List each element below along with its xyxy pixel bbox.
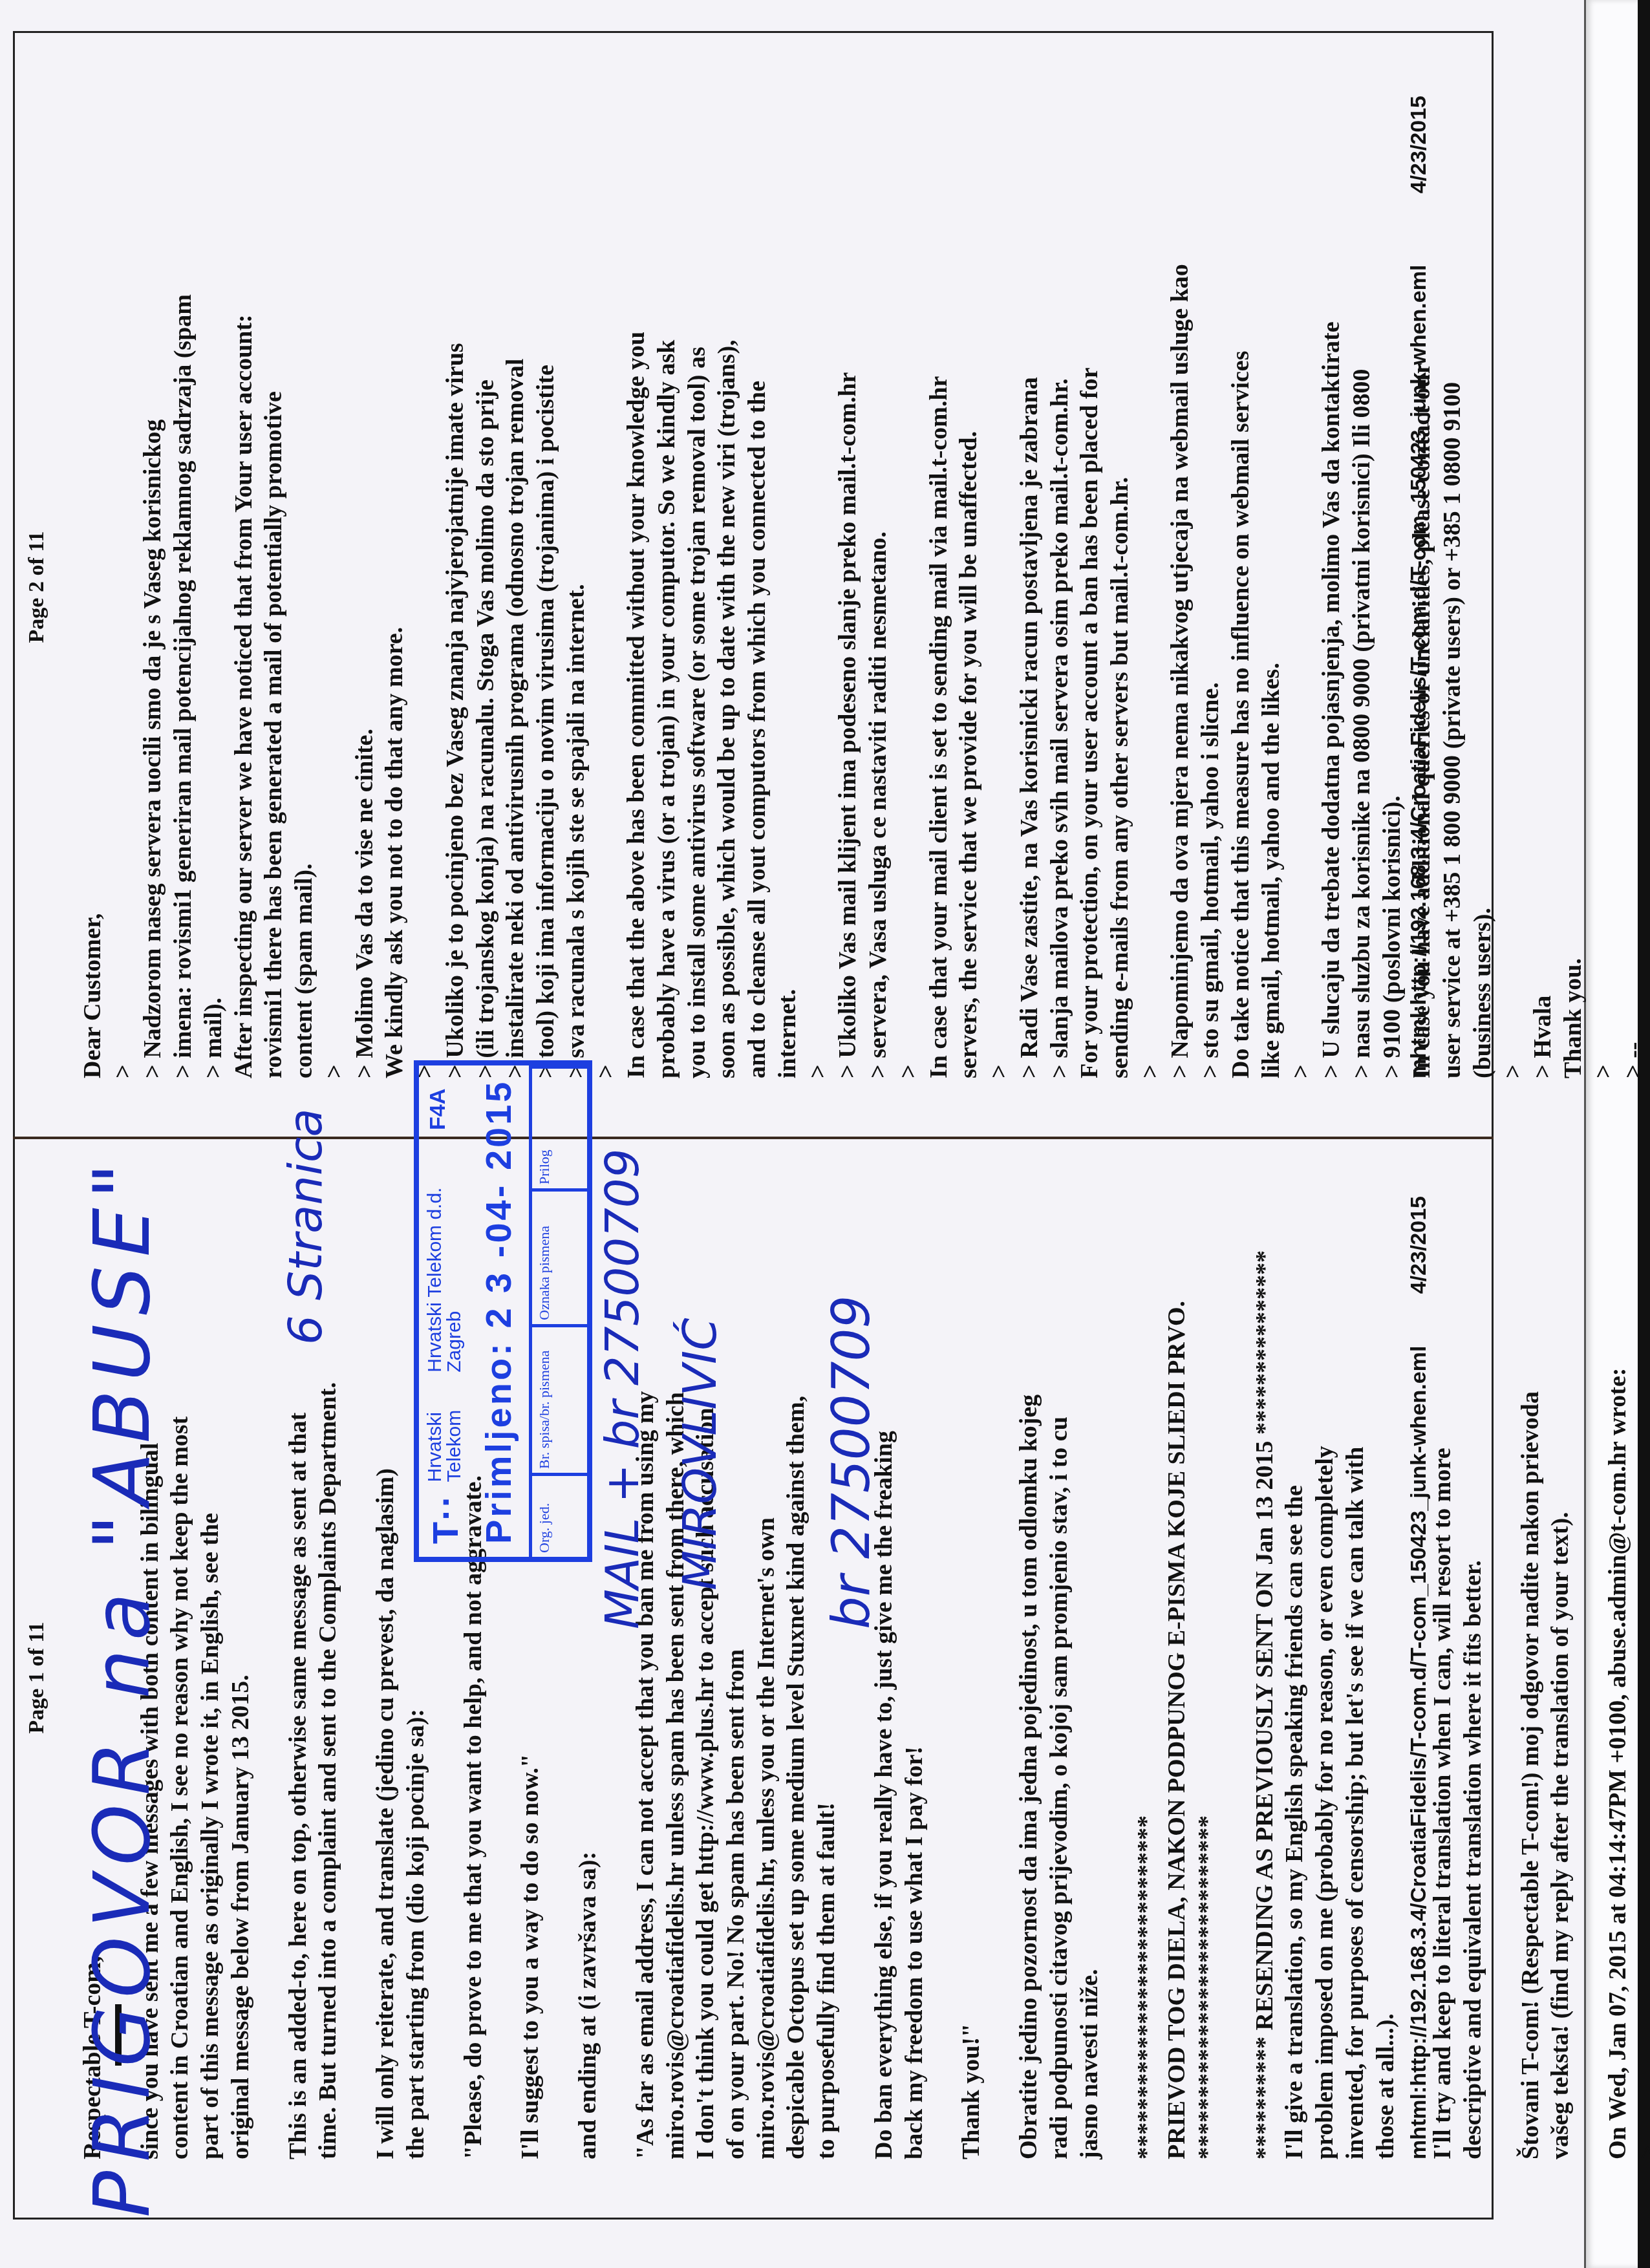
text-line: > <box>1498 89 1528 1078</box>
text-line: Thank you. <box>1558 89 1589 1078</box>
text-line: > sto su gmail, hotmail, yahoo i slicne. <box>1195 89 1226 1078</box>
stamp-received-label: Primljeno: <box>478 1341 519 1544</box>
text-line: On Wed, Jan 07, 2015 at 04:14:47PM +0100… <box>1603 1190 1633 2159</box>
text-line: > tool) koji ima informaciju o novim vir… <box>531 89 561 1078</box>
text-line: > Ukoliko Vas mail klijent ima podeseno … <box>833 89 863 1078</box>
text-line: I will only reiterate, and translate (je… <box>370 1190 401 2159</box>
text-line: > (ili trojanskog konja) na racunalu. St… <box>471 89 501 1078</box>
text-line: Štovani T-com! (Respectable T-com!) moj … <box>1516 1190 1546 2159</box>
text-line: Obratite jedino pozornost da ima jedna p… <box>1014 1190 1044 2159</box>
footer-date: 4/23/2015 <box>1406 96 1431 193</box>
page-footer: mhtml:http://192.168.3.4/CroatiaFidelis/… <box>1406 96 1431 1078</box>
text-line: > slanja mailova preko svih mail servera… <box>1045 89 1075 1078</box>
text-line: > Ukoliko je to pocinjeno bez Vaseg znan… <box>440 89 471 1078</box>
handwritten-page-count: 6 Stranica <box>278 1108 332 1345</box>
text-line: > Napominjemo da ova mjera nema nikakvog… <box>1165 89 1195 1078</box>
text-line: part of this message as originally I wro… <box>195 1190 226 2159</box>
text-line: Dear Customer, <box>78 89 108 1078</box>
text-line: > <box>1286 89 1316 1078</box>
text-line: despicable Octopus set up some medium le… <box>781 1190 811 2159</box>
stamp-table: Org. jed. Br. spisa/br. pismena Oznaka p… <box>529 1065 590 1557</box>
text-line: soon as possible, which would be up to d… <box>712 89 742 1078</box>
text-line: > sva racunala s kojih ste se spajali na… <box>561 89 592 1078</box>
text-line: > <box>803 89 833 1078</box>
text-line: content (spam mail). <box>289 89 319 1078</box>
text-line: miro.rovis@croatiafidelis.hr, unless you… <box>751 1190 782 2159</box>
handwritten-note-1: MAIL + br 27500709 <box>595 1149 649 1629</box>
text-line: Do take notice that this measure has no … <box>1226 89 1256 1078</box>
stamp-city: Zagreb <box>445 1188 464 1373</box>
text-line: original message below from January 13 2… <box>226 1190 256 2159</box>
text-line: ********** RESENDING AS PREVIOUSLY SENT … <box>1250 1190 1280 2159</box>
footer-path: mhtml:http://192.168.3.4/CroatiaFidelis/… <box>1406 1346 1431 2159</box>
registration-stamp: T·· Hrvatski Telekom Hrvatski Telekom d.… <box>414 1060 592 1562</box>
text-line: In case that the above has been committe… <box>621 89 652 1078</box>
paragraph: ********** RESENDING AS PREVIOUSLY SENT … <box>1250 1190 1401 2159</box>
text-line: > imena: rovismi1 generiran mail potenci… <box>168 89 198 1078</box>
text-line: > <box>1589 89 1619 1078</box>
text-line: jasno navesti niže. <box>1075 1190 1105 2159</box>
text-line: > Radi Vase zastite, na Vas korisnicki r… <box>1014 89 1045 1078</box>
text-line: > <box>319 89 350 1078</box>
text-line: > <box>1633 1190 1650 2159</box>
stamp-brand-line1: Hrvatski <box>425 1410 445 1482</box>
text-line: > Hvala <box>1528 89 1558 1078</box>
page-2: Page 2 of 11 Dear Customer,>> Nadzorom n… <box>13 37 1494 1137</box>
text-line: internet. <box>773 89 803 1078</box>
text-line: > <box>591 89 621 1078</box>
text-line: vašeg teksta! (find my reply after the t… <box>1545 1190 1576 2159</box>
text-line: rovismi1 there has been generated a mail… <box>259 89 289 1078</box>
text-line: descriptive and equivalent translation w… <box>1458 1190 1488 2159</box>
handwritten-note-3: br 27500709 <box>821 1296 881 1629</box>
text-line: Thank you!" <box>956 1190 987 2159</box>
page-footer: mhtml:http://192.168.3.4/CroatiaFidelis/… <box>1406 1196 1431 2159</box>
text-line: those at all...). <box>1371 1190 1401 2159</box>
paragraph: On Wed, Jan 07, 2015 at 04:14:47PM +0100… <box>1603 1190 1650 2159</box>
footer-path: mhtml:http://192.168.3.4/CroatiaFidelis/… <box>1406 265 1431 1078</box>
paragraph: ****************************PRIEVOD TOG … <box>1131 1190 1222 2159</box>
text-line: problem imposed on me (probably for no r… <box>1310 1190 1340 2159</box>
text-line: servers, the service that we provide for… <box>954 89 984 1078</box>
text-line: > Nadzorom naseg servera uocili smo da j… <box>138 89 168 1078</box>
text-line: We kindly ask you not to do that any mor… <box>380 89 410 1078</box>
text-line: content in Croatian and English, I see n… <box>165 1190 195 2159</box>
handwritten-title: PRIGOVOR na "ABUSE" <box>78 1154 167 2218</box>
text-line: radi podpunosti citavog prijevodim, o ko… <box>1044 1190 1075 2159</box>
text-line: > 9100 (poslovni korisnici). <box>1377 89 1408 1078</box>
text-line: > <box>108 89 138 1078</box>
text-line: back my freedom to use what I pay for! <box>899 1190 930 2159</box>
page-header: Page 2 of 11 <box>25 37 49 1137</box>
paragraph: "As far as email address, I can not acce… <box>630 1190 842 2159</box>
text-line: user service at +385 1 800 9000 (private… <box>1437 89 1468 1078</box>
text-line: In case that your mail client is set to … <box>924 89 954 1078</box>
stamp-received-date: Primljeno: 2 3 -04- 2015 <box>477 1079 519 1544</box>
text-line: I'll give a translation, so my English s… <box>1280 1190 1310 2159</box>
stamp-date-value: 2 3 -04- 2015 <box>478 1079 519 1328</box>
text-line: I'll try and keep to literal translation… <box>1428 1190 1458 2159</box>
footer-date: 4/23/2015 <box>1406 1196 1431 1294</box>
text-line: For your protection, on your user accoun… <box>1075 89 1105 1078</box>
stamp-code: F4A <box>425 1089 451 1130</box>
paragraph: Obratite jedino pozornost da ima jedna p… <box>1014 1190 1104 2159</box>
text-line: sending e-mails from any other servers b… <box>1105 89 1135 1078</box>
text-line: > Molimo Vas da to vise ne cinite. <box>350 89 380 1078</box>
text-line: > <box>984 89 1014 1078</box>
text-line: and to cleanse all yout computors from w… <box>742 89 773 1078</box>
text-line: (business users). <box>1468 89 1498 1078</box>
text-line: > <box>1135 89 1166 1078</box>
page-1: Page 1 of 11 Respectable T-com,since you… <box>13 1138 1494 2218</box>
text-line: you to install some antivirus software (… <box>682 89 712 1078</box>
paragraph: Thank you!" <box>956 1190 987 2159</box>
text-line: probably have a virus (or a trojan) in y… <box>652 89 682 1078</box>
stamp-brand-line2: Telekom <box>445 1410 464 1482</box>
text-line: > nasu sluzbu za korisnike na 0800 9000 … <box>1347 89 1377 1078</box>
text-line: > <box>894 89 924 1078</box>
stamp-company: Hrvatski Telekom d.d. <box>425 1188 445 1373</box>
page-header: Page 1 of 11 <box>25 1138 49 2218</box>
paragraph: I'll try and keep to literal translation… <box>1428 1190 1488 2159</box>
text-line: > <box>410 89 440 1078</box>
stamp-col-attachment: Prilog <box>532 1065 590 1188</box>
text-line: **************************** <box>1192 1190 1223 2159</box>
text-line: > instalirate neki od antivirusnih progr… <box>500 89 531 1078</box>
handwritten-note-2: MIROVLIVIĆ <box>672 1318 727 1590</box>
stamp-col-file-no: Br. spisa/br. pismena <box>532 1324 590 1473</box>
text-line: > U slucaju da trebate dodatna pojasnjen… <box>1316 89 1347 1078</box>
text-line: invented, for purposes of censorship; bu… <box>1340 1190 1371 2159</box>
stamp-col-org: Org. jed. <box>532 1473 590 1557</box>
text-line: PRIEVOD TOG DIELA, NAKON PODPUNOG E-PISM… <box>1162 1190 1192 2159</box>
text-line: > -- <box>1618 89 1649 1078</box>
paragraph: Štovani T-com! (Respectable T-com!) moj … <box>1516 1190 1576 2159</box>
text-line: like gmail, hotmail, yahoo and the likes… <box>1256 89 1287 1078</box>
text-line: > servera, Vasa usluga ce nastaviti radi… <box>863 89 894 1078</box>
stamp-col-mark: Oznaka pismena <box>532 1188 590 1324</box>
telekom-logo-icon: T·· <box>424 1493 466 1544</box>
text-line: **************************** <box>1131 1190 1162 2159</box>
text-line: > mail). <box>198 89 229 1078</box>
text-line: After inspecting our server we have noti… <box>229 89 259 1078</box>
